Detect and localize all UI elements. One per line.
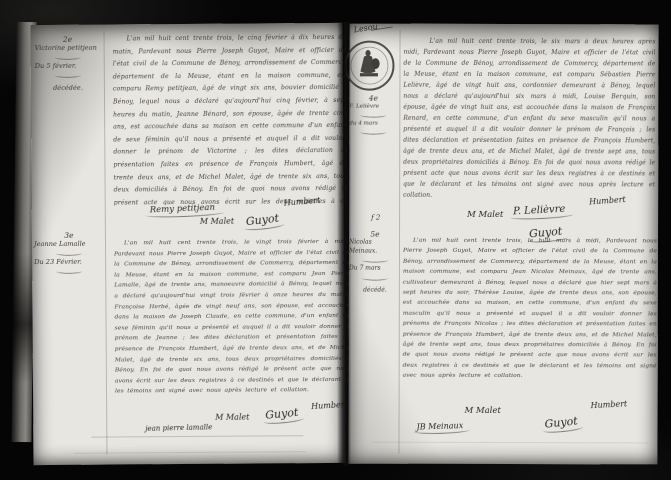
- act-name: Nicolas Meinaux.: [349, 239, 401, 256]
- signature: M Malet: [215, 413, 249, 422]
- signature: M Malet: [465, 406, 501, 416]
- signature: Humbert: [589, 195, 626, 206]
- signature: M Malet: [200, 217, 234, 226]
- signature: JB Meinaux: [416, 421, 463, 432]
- stamp-base: [360, 73, 378, 76]
- act-name: Jeanne Lamalle: [34, 240, 104, 249]
- act-date: Du 23 Février.: [34, 258, 104, 267]
- flourish-line: [362, 275, 388, 280]
- flourish-line: [360, 113, 386, 118]
- act-number: 5e: [349, 230, 401, 239]
- signature: Guyot: [245, 212, 279, 229]
- signature: Guyot: [265, 406, 299, 422]
- act-date: Du 7 mars: [349, 265, 401, 274]
- flourish-line: [360, 130, 386, 135]
- act-name: Victorine petitjean: [35, 44, 101, 53]
- signature: P. Lelièvre: [513, 204, 566, 218]
- right-page: Lesou 4e F. Lelièvre du 4 mars L'an mil …: [348, 24, 658, 465]
- act-note: décédée.: [35, 84, 101, 93]
- stamp-figure-head: [365, 50, 370, 56]
- flourish-line: [56, 251, 82, 256]
- signature: Humbert: [283, 196, 320, 208]
- act-name: F. Lelièvre: [349, 103, 397, 111]
- pencil-rule: [372, 442, 648, 444]
- act-margin-note: 3e Jeanne Lamalle Du 23 Février.: [34, 231, 104, 276]
- stamp-bird: [371, 58, 379, 69]
- act-number: 3e: [34, 231, 104, 240]
- register-scan-spread: 2e Victorine petitjean Du 5 février. déc…: [0, 0, 671, 480]
- pencil-rule: [73, 451, 305, 454]
- signature: Humbert: [590, 399, 627, 410]
- flourish-line: [56, 269, 82, 274]
- act-number: 2e: [35, 35, 101, 44]
- signature: Remy petitjean: [150, 203, 216, 216]
- folio-mark: f 2: [371, 214, 380, 222]
- act-date: Du 5 février.: [35, 62, 101, 71]
- signature: M Malet: [467, 210, 503, 220]
- act-body-text: L'an mil huit cent trente trois, le six …: [403, 36, 655, 203]
- act-margin-note: 4e F. Lelièvre du 4 mars: [349, 94, 397, 137]
- margin-rule: [104, 31, 108, 455]
- act-number: 4e: [349, 94, 397, 103]
- act-body-text: L'an mil huit cent trente trois, le cinq…: [113, 32, 348, 206]
- act-body-text: L'an mil huit cent trente trois, le ving…: [114, 237, 351, 409]
- act-body-text: L'an mil huit cent trente trois, le huit…: [403, 236, 657, 393]
- flourish-line: [55, 73, 81, 78]
- act-note: décédé.: [349, 286, 401, 295]
- act-margin-note: 5e Nicolas Meinaux. Du 7 mars décédé.: [349, 230, 401, 296]
- flourish-line: [55, 55, 81, 60]
- pencil-rule: [91, 435, 303, 437]
- verification-paraph: Lesou: [353, 22, 378, 35]
- signature: jean pierre lamalle: [145, 423, 212, 433]
- flourish-line: [362, 258, 388, 263]
- left-page: 2e Victorine petitjean Du 5 février. déc…: [30, 23, 345, 465]
- act-date: du 4 mars: [349, 120, 397, 128]
- binding-gutter: [337, 22, 352, 466]
- act-margin-note: 2e Victorine petitjean Du 5 février. déc…: [35, 35, 101, 93]
- signature: Guyot: [544, 414, 578, 430]
